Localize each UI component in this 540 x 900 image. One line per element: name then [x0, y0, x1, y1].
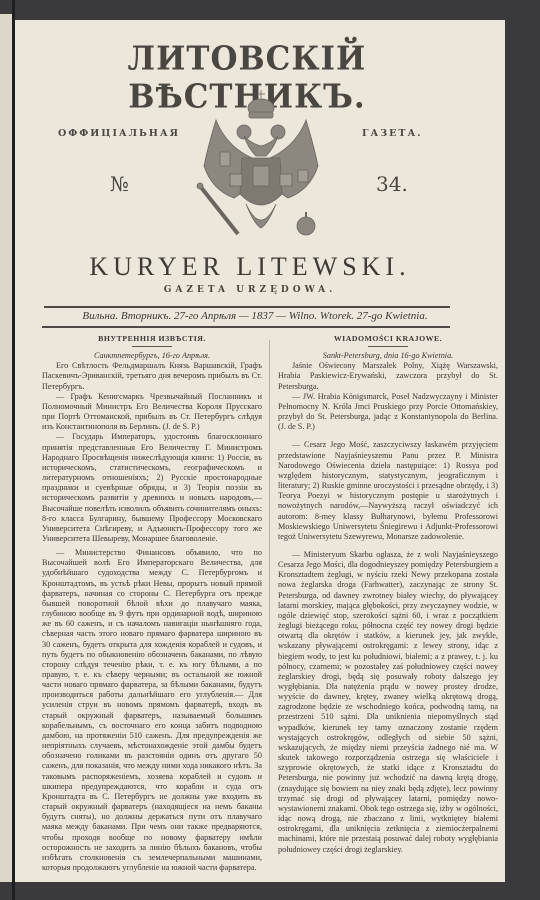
section-heading-domestic-news-pl: WIADOMOŚCI KRAJOWE.	[278, 334, 498, 344]
header-rule-top	[44, 306, 450, 308]
article-paragraph: — Cesarz Jego Mość, zaszczyciwszy łaskaw…	[278, 440, 498, 542]
double-headed-eagle-icon	[186, 86, 336, 246]
masthead-title-polish: KURYER LITEWSKI.	[40, 252, 460, 282]
article-paragraph: — Ministeryum Skarbu ogłasza, że z woli …	[278, 550, 498, 855]
article-dateline: Sankt-Petersburg, dnia 16-go Kwietnia.	[278, 351, 498, 361]
official-label-left: ОФФИЦIАЛЬНАЯ	[58, 128, 180, 139]
dateline: Вильна. Вторникъ. 27-го Апрѣля — 1837 — …	[45, 310, 465, 322]
article-paragraph: — Министерство Финансовъ объявило, что п…	[42, 548, 262, 873]
section-heading-domestic-news-ru: ВНУТРЕННIЯ ИЗВѢСТIЯ.	[42, 334, 262, 344]
article-paragraph: — JW. Hrabia Königsmarck, Poseł Nadzwycz…	[278, 392, 498, 433]
official-label-right: ГАЗЕТА.	[362, 128, 423, 139]
left-column-russian: ВНУТРЕННIЯ ИЗВѢСТIЯ. Санктпетербургъ, 16…	[42, 334, 262, 873]
article-paragraph: Jaśnie Oświecony Marszałek Polny, Xiążę …	[278, 361, 498, 391]
issue-number: 34.	[376, 172, 408, 196]
header-rule-bottom	[42, 326, 450, 328]
article-paragraph: Его Свѣтлость Фельдмаршалъ Князь Варшавс…	[42, 361, 262, 391]
article-paragraph: — Государь Императоръ, удостоивъ благоск…	[42, 432, 262, 544]
section-heading-rule	[368, 346, 408, 347]
column-divider	[269, 340, 270, 810]
article-paragraph: — Графъ Кенигсмаркъ Чрезвычайный Посланн…	[42, 392, 262, 433]
right-column-polish: WIADOMOŚCI KRAJOWE. Sankt-Petersburg, dn…	[278, 334, 498, 855]
number-sign: №	[110, 172, 129, 196]
masthead-subtitle-polish: GAZETA URZĘDOWA.	[40, 285, 460, 295]
article-dateline: Санктпетербургъ, 16-го Апрѣля.	[42, 351, 262, 361]
section-heading-rule	[132, 346, 172, 347]
